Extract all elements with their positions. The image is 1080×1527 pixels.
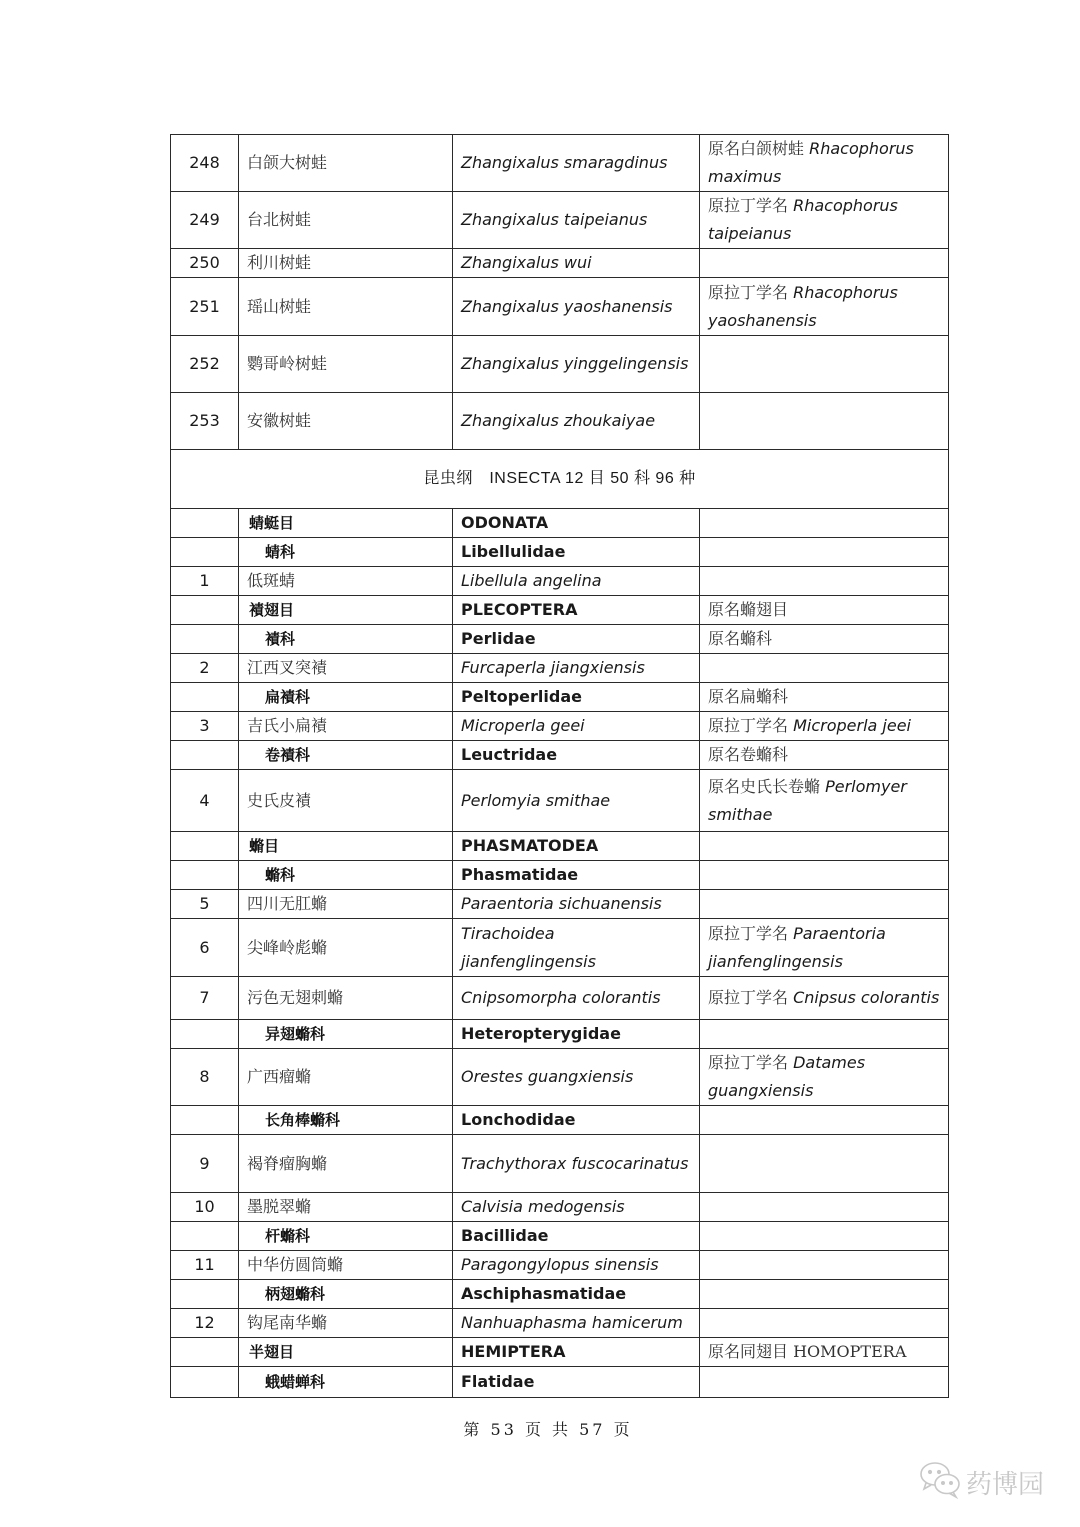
chinese-name: 䗛目 (239, 832, 453, 861)
remark: 原名䗛翅目 (700, 596, 949, 625)
latin-name: Paraentoria sichuanensis (453, 890, 700, 919)
row-number: 5 (171, 890, 239, 919)
latin-name: Perlomyia smithae (453, 770, 700, 832)
remark-text: 原拉丁学名 (708, 196, 793, 215)
species-row: 3吉氏小扁襀Microperla geei原拉丁学名 Microperla je… (171, 712, 949, 741)
chinese-name: 台北树蛙 (239, 192, 453, 249)
family-row: 扁襀科Peltoperlidae原名扁䗛科 (171, 683, 949, 712)
remark (700, 393, 949, 450)
row-number (171, 1367, 239, 1398)
remark-text: 原拉丁学名 (708, 988, 793, 1007)
remark (700, 336, 949, 393)
latin-name: Leuctridae (453, 741, 700, 770)
latin-name: Zhangixalus yaoshanensis (453, 278, 700, 336)
row-number: 7 (171, 977, 239, 1020)
latin-name: Lonchodidae (453, 1106, 700, 1135)
class-header-row: 昆虫纲 INSECTA 12 目 50 科 96 种 (171, 450, 949, 509)
chinese-name: 钩尾南华䗛 (239, 1309, 453, 1338)
chinese-name: 半翅目 (239, 1338, 453, 1367)
remark (700, 249, 949, 278)
latin-name: Paragongylopus sinensis (453, 1251, 700, 1280)
latin-name: Furcaperla jiangxiensis (453, 654, 700, 683)
row-number: 9 (171, 1135, 239, 1193)
family-row: 长角棒䗛科Lonchodidae (171, 1106, 949, 1135)
latin-name: PHASMATODEA (453, 832, 700, 861)
remark-text: 原拉丁学名 (708, 716, 793, 735)
latin-name: PLECOPTERA (453, 596, 700, 625)
row-number (171, 861, 239, 890)
row-number: 252 (171, 336, 239, 393)
remark-text: 原名卷䗛科 (708, 745, 788, 764)
remark (700, 1135, 949, 1193)
chinese-name: 扁襀科 (239, 683, 453, 712)
row-number (171, 625, 239, 654)
chinese-name: 低斑蜻 (239, 567, 453, 596)
wechat-icon (918, 1459, 962, 1506)
latin-name: Libellula angelina (453, 567, 700, 596)
remark (700, 832, 949, 861)
remark-text: 原名䗛翅目 (708, 600, 788, 619)
row-number (171, 741, 239, 770)
chinese-name: 吉氏小扁襀 (239, 712, 453, 741)
remark-text: 原拉丁学名 (708, 924, 793, 943)
latin-name: Zhangixalus wui (453, 249, 700, 278)
chinese-name: 鹦哥岭树蛙 (239, 336, 453, 393)
species-row: 7污色无翅刺䗛Cnipsomorpha colorantis原拉丁学名 Cnip… (171, 977, 949, 1020)
family-row: 䗛科Phasmatidae (171, 861, 949, 890)
watermark-text: 药博园 (966, 1464, 1044, 1501)
chinese-name: 襀科 (239, 625, 453, 654)
latin-name: Orestes guangxiensis (453, 1049, 700, 1106)
chinese-name: 蜻科 (239, 538, 453, 567)
remark: 原名白颌树蛙 Rhacophorus maximus (700, 135, 949, 192)
remark (700, 1251, 949, 1280)
remark: 原拉丁学名 Cnipsus colorantis (700, 977, 949, 1020)
chinese-name: 墨脱翠䗛 (239, 1193, 453, 1222)
species-list-table: 248白颌大树蛙Zhangixalus smaragdinus原名白颌树蛙 Rh… (170, 134, 949, 1398)
row-number (171, 683, 239, 712)
remark-text: 原名䗛科 (708, 629, 772, 648)
chinese-name: 襀翅目 (239, 596, 453, 625)
remark (700, 654, 949, 683)
remark: 原拉丁学名 Paraentoria jianfenglingensis (700, 919, 949, 977)
remark: 原名史氏长卷䗛 Perlomyer smithae (700, 770, 949, 832)
family-row: 卷襀科Leuctridae原名卷䗛科 (171, 741, 949, 770)
row-number: 250 (171, 249, 239, 278)
species-row: 10墨脱翠䗛Calvisia medogensis (171, 1193, 949, 1222)
remark: 原名扁䗛科 (700, 683, 949, 712)
chinese-name: 白颌大树蛙 (239, 135, 453, 192)
row-number: 11 (171, 1251, 239, 1280)
row-number: 12 (171, 1309, 239, 1338)
remark: 原拉丁学名 Datames guangxiensis (700, 1049, 949, 1106)
latin-name: Zhangixalus smaragdinus (453, 135, 700, 192)
species-row: 1低斑蜻Libellula angelina (171, 567, 949, 596)
remark (700, 538, 949, 567)
species-row: 252鹦哥岭树蛙Zhangixalus yinggelingensis (171, 336, 949, 393)
row-number: 8 (171, 1049, 239, 1106)
family-row: 襀科Perlidae原名䗛科 (171, 625, 949, 654)
latin-name: Microperla geei (453, 712, 700, 741)
row-number: 10 (171, 1193, 239, 1222)
latin-name: Tirachoidea jianfenglingensis (453, 919, 700, 977)
species-row: 253安徽树蛙Zhangixalus zhoukaiyae (171, 393, 949, 450)
chinese-name: 四川无肛䗛 (239, 890, 453, 919)
row-number (171, 1106, 239, 1135)
family-row: 蜻科Libellulidae (171, 538, 949, 567)
remark-text: 原拉丁学名 (708, 283, 793, 302)
order-row: 半翅目HEMIPTERA原名同翅目 HOMOPTERA (171, 1338, 949, 1367)
remark: 原名同翅目 HOMOPTERA (700, 1338, 949, 1367)
family-row: 蛾蜡蝉科Flatidae (171, 1367, 949, 1398)
remark: 原拉丁学名 Rhacophorus taipeianus (700, 192, 949, 249)
family-row: 杆䗛科Bacillidae (171, 1222, 949, 1251)
remark-text: 原名史氏长卷䗛 (708, 777, 825, 796)
species-row: 250利川树蛙Zhangixalus wui (171, 249, 949, 278)
row-number: 6 (171, 919, 239, 977)
species-table-body: 248白颌大树蛙Zhangixalus smaragdinus原名白颌树蛙 Rh… (171, 135, 949, 1398)
row-number (171, 509, 239, 538)
row-number (171, 1020, 239, 1049)
row-number: 251 (171, 278, 239, 336)
remark (700, 1020, 949, 1049)
remark-text: 原名扁䗛科 (708, 687, 788, 706)
row-number: 253 (171, 393, 239, 450)
latin-name: HEMIPTERA (453, 1338, 700, 1367)
latin-name: Calvisia medogensis (453, 1193, 700, 1222)
latin-name: Trachythorax fuscocarinatus (453, 1135, 700, 1193)
remark: 原名卷䗛科 (700, 741, 949, 770)
class-header: 昆虫纲 INSECTA 12 目 50 科 96 种 (171, 450, 949, 509)
family-row: 柄翅䗛科Aschiphasmatidae (171, 1280, 949, 1309)
chinese-name: 瑶山树蛙 (239, 278, 453, 336)
latin-name: Zhangixalus yinggelingensis (453, 336, 700, 393)
latin-name: ODONATA (453, 509, 700, 538)
species-row: 4史氏皮襀Perlomyia smithae原名史氏长卷䗛 Perlomyer … (171, 770, 949, 832)
remark (700, 567, 949, 596)
species-row: 12钩尾南华䗛Nanhuaphasma hamicerum (171, 1309, 949, 1338)
latin-name: Nanhuaphasma hamicerum (453, 1309, 700, 1338)
row-number: 248 (171, 135, 239, 192)
row-number (171, 1280, 239, 1309)
species-row: 9褐脊瘤胸䗛Trachythorax fuscocarinatus (171, 1135, 949, 1193)
chinese-name: 广西瘤䗛 (239, 1049, 453, 1106)
species-row: 251瑶山树蛙Zhangixalus yaoshanensis原拉丁学名 Rha… (171, 278, 949, 336)
remark (700, 509, 949, 538)
remark (700, 1280, 949, 1309)
row-number: 1 (171, 567, 239, 596)
order-row: 襀翅目PLECOPTERA原名䗛翅目 (171, 596, 949, 625)
row-number: 4 (171, 770, 239, 832)
remark (700, 1367, 949, 1398)
row-number: 249 (171, 192, 239, 249)
chinese-name: 褐脊瘤胸䗛 (239, 1135, 453, 1193)
chinese-name: 卷襀科 (239, 741, 453, 770)
latin-name: Aschiphasmatidae (453, 1280, 700, 1309)
species-row: 11中华仿圆筒䗛Paragongylopus sinensis (171, 1251, 949, 1280)
chinese-name: 异翅䗛科 (239, 1020, 453, 1049)
latin-name: Libellulidae (453, 538, 700, 567)
row-number (171, 1338, 239, 1367)
row-number (171, 596, 239, 625)
latin-name: Zhangixalus taipeianus (453, 192, 700, 249)
chinese-name: 䗛科 (239, 861, 453, 890)
chinese-name: 蛾蜡蝉科 (239, 1367, 453, 1398)
latin-name: Peltoperlidae (453, 683, 700, 712)
remark-text: 原名同翅目 HOMOPTERA (708, 1342, 906, 1361)
chinese-name: 蜻蜓目 (239, 509, 453, 538)
remark-text: 原拉丁学名 (708, 1053, 793, 1072)
row-number (171, 832, 239, 861)
chinese-name: 江西叉突襀 (239, 654, 453, 683)
remark (700, 1309, 949, 1338)
remark (700, 1106, 949, 1135)
order-row: 蜻蜓目ODONATA (171, 509, 949, 538)
chinese-name: 长角棒䗛科 (239, 1106, 453, 1135)
species-row: 6尖峰岭彪䗛Tirachoidea jianfenglingensis原拉丁学名… (171, 919, 949, 977)
order-row: 䗛目PHASMATODEA (171, 832, 949, 861)
chinese-name: 尖峰岭彪䗛 (239, 919, 453, 977)
latin-name: Phasmatidae (453, 861, 700, 890)
latin-name: Flatidae (453, 1367, 700, 1398)
chinese-name: 安徽树蛙 (239, 393, 453, 450)
chinese-name: 柄翅䗛科 (239, 1280, 453, 1309)
remark (700, 1222, 949, 1251)
row-number: 2 (171, 654, 239, 683)
row-number: 3 (171, 712, 239, 741)
remark: 原拉丁学名 Microperla jeei (700, 712, 949, 741)
remark (700, 1193, 949, 1222)
chinese-name: 利川树蛙 (239, 249, 453, 278)
latin-name: Cnipsomorpha colorantis (453, 977, 700, 1020)
row-number (171, 538, 239, 567)
page-number: 第 53 页 共 57 页 (0, 1417, 1080, 1440)
family-row: 异翅䗛科Heteropterygidae (171, 1020, 949, 1049)
species-row: 249台北树蛙Zhangixalus taipeianus原拉丁学名 Rhaco… (171, 192, 949, 249)
remark-latin: Microperla jeei (793, 716, 911, 735)
remark: 原拉丁学名 Rhacophorus yaoshanensis (700, 278, 949, 336)
latin-name: Bacillidae (453, 1222, 700, 1251)
species-row: 2江西叉突襀Furcaperla jiangxiensis (171, 654, 949, 683)
remark-latin: Cnipsus colorantis (793, 988, 939, 1007)
remark-text: 原名白颌树蛙 (708, 139, 809, 158)
latin-name: Heteropterygidae (453, 1020, 700, 1049)
species-row: 248白颌大树蛙Zhangixalus smaragdinus原名白颌树蛙 Rh… (171, 135, 949, 192)
chinese-name: 杆䗛科 (239, 1222, 453, 1251)
watermark: 药博园 (918, 1459, 1044, 1506)
latin-name: Perlidae (453, 625, 700, 654)
species-row: 8广西瘤䗛Orestes guangxiensis原拉丁学名 Datames g… (171, 1049, 949, 1106)
chinese-name: 污色无翅刺䗛 (239, 977, 453, 1020)
remark (700, 890, 949, 919)
remark: 原名䗛科 (700, 625, 949, 654)
species-row: 5四川无肛䗛Paraentoria sichuanensis (171, 890, 949, 919)
chinese-name: 史氏皮襀 (239, 770, 453, 832)
remark (700, 861, 949, 890)
chinese-name: 中华仿圆筒䗛 (239, 1251, 453, 1280)
latin-name: Zhangixalus zhoukaiyae (453, 393, 700, 450)
row-number (171, 1222, 239, 1251)
